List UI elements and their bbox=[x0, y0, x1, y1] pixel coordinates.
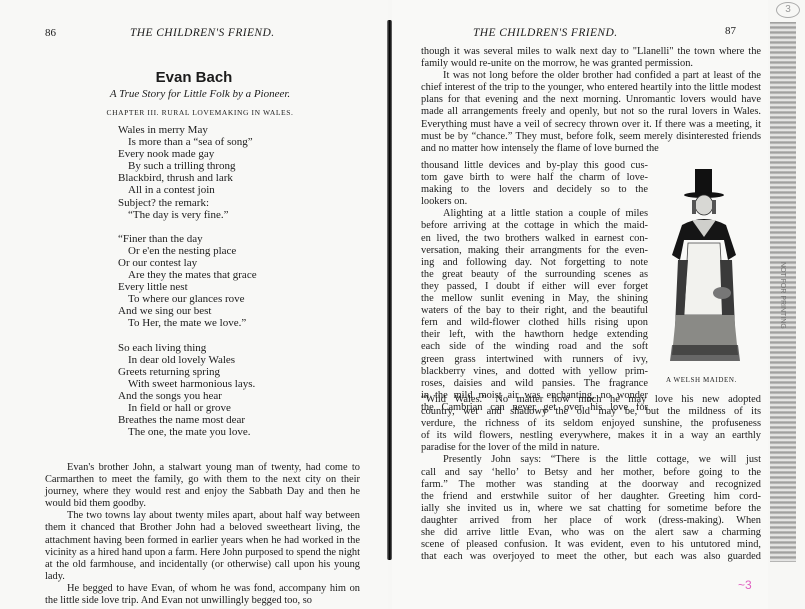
poem-line: Greets returning spring bbox=[118, 366, 257, 378]
text-line: fern and wild-flower clothed hills risin… bbox=[421, 317, 648, 329]
poem-line: Every little nest bbox=[118, 281, 257, 293]
poem-line: “The day is very fine.” bbox=[118, 209, 257, 221]
text-line: the friend and erstwhile suitor of her d… bbox=[421, 491, 761, 503]
text-line: their left, with the hawthorn hedge exte… bbox=[421, 329, 648, 341]
text-line: blackberry vines, and dotted with yellow… bbox=[421, 366, 648, 378]
text-line: that each was overjoyed to meet the othe… bbox=[421, 551, 761, 563]
running-head: THE CHILDREN'S FRIEND. bbox=[473, 27, 617, 39]
text-line: making to the lovers and decidely so to … bbox=[421, 184, 648, 196]
text-line: of its wild flowers, nestling everywhere… bbox=[421, 430, 761, 442]
paragraph: Evan's brother John, a stalwart young ma… bbox=[45, 462, 360, 510]
text-line: they passed, I doubt if either will ever… bbox=[421, 281, 648, 293]
poem-line: By such a trilling throng bbox=[118, 160, 257, 172]
poem-line: Is more than a “sea of song” bbox=[118, 136, 257, 148]
text-line: before arriving at the cottage in which … bbox=[421, 220, 648, 232]
poem-line: To Her, the mate we love.” bbox=[118, 317, 257, 329]
poem-line: In dear old lovely Wales bbox=[118, 354, 257, 366]
welsh-maiden-illustration bbox=[662, 165, 750, 370]
poem-line: Blackbird, thrush and lark bbox=[118, 172, 257, 184]
text-line: versation, making their arrangments for … bbox=[421, 245, 648, 257]
text-line: Alighting at a little station a couple o… bbox=[421, 208, 648, 220]
text-line: ially she invited us in, where we sat ch… bbox=[421, 503, 761, 515]
poem-line: Every nook made gay bbox=[118, 148, 257, 160]
poem-line: And the songs you hear bbox=[118, 390, 257, 402]
circled-page-marker: 3 bbox=[776, 2, 800, 18]
chapter-heading: CHAPTER III. RURAL LOVEMAKING IN WALES. bbox=[0, 108, 400, 117]
text-line: roses, daisies and wild pansies. The fra… bbox=[421, 378, 648, 390]
text-line: scene of pleased confusion. It was evide… bbox=[421, 539, 761, 551]
paragraph: He begged to have Evan, of whom he was f… bbox=[45, 583, 360, 607]
text-line: thousand little devices and by-play this… bbox=[421, 160, 648, 172]
text-line: waters of the bay to their right, and th… bbox=[421, 305, 648, 317]
poem-stanza: So each living thing In dear old lovely … bbox=[118, 342, 257, 439]
text-line: she did arrive little Evan, who was on t… bbox=[421, 527, 761, 539]
poem-line: In field or hall or grove bbox=[118, 402, 257, 414]
text-line: green grass intertwined with runners of … bbox=[421, 354, 648, 366]
text-line: ing and following day. Not forgetting to… bbox=[421, 257, 648, 269]
poem-line: “Finer than the day bbox=[118, 233, 257, 245]
welsh-maiden-icon bbox=[662, 165, 750, 370]
story-title: Evan Bach bbox=[0, 69, 388, 86]
poem-line: And we sing our best bbox=[118, 305, 257, 317]
poem-line: Subject? the remark: bbox=[118, 197, 257, 209]
left-page: 86 THE CHILDREN'S FRIEND. Evan Bach A Tr… bbox=[0, 0, 388, 609]
handwritten-mark: ~3 bbox=[738, 578, 752, 592]
text-line: Presently John says: “There is the littl… bbox=[421, 454, 761, 466]
text-line: lookers on. bbox=[421, 196, 648, 208]
poem-line: So each living thing bbox=[118, 342, 257, 354]
text-line: daughter arrived from her place of work … bbox=[421, 515, 761, 527]
spine-stamp: NOT FOR PRINTING bbox=[774, 262, 786, 352]
text-line: paradise for the lover of the mild in na… bbox=[421, 442, 761, 454]
text-line: the great beauty of the surrounding scen… bbox=[421, 269, 648, 281]
poem-line: All in a contest join bbox=[118, 184, 257, 196]
left-body-text: Evan's brother John, a stalwart young ma… bbox=[45, 462, 360, 607]
paragraph: The two towns lay about twenty miles apa… bbox=[45, 510, 360, 583]
paragraph: though it was several miles to walk next… bbox=[421, 46, 761, 70]
text-line: the mellow sunlit evening in May, the sh… bbox=[421, 293, 648, 305]
text-line: en lived, the two brothers walked in ear… bbox=[421, 233, 648, 245]
poem-line: To where our glances rove bbox=[118, 293, 257, 305]
poem-stanza: “Finer than the day Or e'en the nesting … bbox=[118, 233, 257, 330]
poem: Wales in merry May Is more than a “sea o… bbox=[118, 124, 257, 438]
page-number: 87 bbox=[725, 25, 736, 37]
poem-line: Breathes the name most dear bbox=[118, 414, 257, 426]
poem-stanza: Wales in merry May Is more than a “sea o… bbox=[118, 124, 257, 221]
poem-line: Are they the mates that grace bbox=[118, 269, 257, 281]
story-subtitle: A True Story for Little Folk by a Pionee… bbox=[0, 88, 400, 100]
text-line: country, wet and shadowy the old may be,… bbox=[421, 406, 761, 418]
text-line: farm.” The mother was standing at the do… bbox=[421, 479, 761, 491]
figure-caption: A WELSH MAIDEN. bbox=[666, 376, 737, 384]
right-body-text-bottom: “Wild Wales.” No matter how much he may … bbox=[421, 394, 761, 563]
running-head: THE CHILDREN'S FRIEND. bbox=[130, 27, 274, 39]
poem-line: Wales in merry May bbox=[118, 124, 257, 136]
poem-line: The one, the mate you love. bbox=[118, 426, 257, 438]
text-line: “Wild Wales.” No matter how much he may … bbox=[421, 394, 761, 406]
text-line: verdure, the richness of its seldom enjo… bbox=[421, 418, 761, 430]
poem-line: With sweet harmonious lays. bbox=[118, 378, 257, 390]
page-number: 86 bbox=[45, 27, 56, 39]
paragraph: It was not long before the older brother… bbox=[421, 70, 761, 155]
right-body-text-wrapped: thousand little devices and by-play this… bbox=[421, 160, 648, 414]
text-line: call and say ‘hello’ to Betsy and her mo… bbox=[421, 467, 761, 479]
poem-line: Or our contest lay bbox=[118, 257, 257, 269]
text-line: each side of the winding road and the so… bbox=[421, 341, 648, 353]
poem-line: Or e'en the nesting place bbox=[118, 245, 257, 257]
right-body-text-top: though it was several miles to walk next… bbox=[421, 46, 761, 155]
scanned-spine-edge: NOT FOR PRINTING bbox=[770, 22, 796, 562]
text-line: tom gave birth to were half the charm of… bbox=[421, 172, 648, 184]
